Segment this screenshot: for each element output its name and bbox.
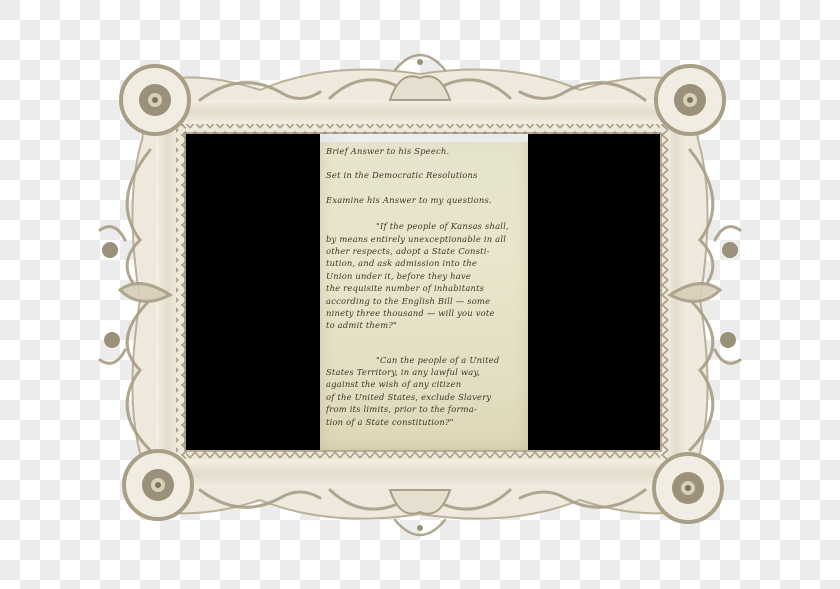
letter-line: other respects, adopt a State Consti- [326, 246, 526, 258]
handwritten-letter: Brief Answer to his Speech. Set in the D… [320, 134, 528, 450]
letter-line: Examine his Answer to my questions. [326, 195, 526, 207]
framed-letter-image: Brief Answer to his Speech. Set in the D… [0, 0, 840, 589]
letter-line: the requisite number of inhabitants [326, 283, 526, 295]
letter-line: Set in the Democratic Resolutions [326, 170, 526, 182]
letter-line: by means entirely unexceptionable in all [326, 234, 526, 246]
letter-line: ninety three thousand — will you vote [326, 308, 526, 320]
letter-line: States Territory, in any lawful way, [326, 367, 526, 379]
letter-line: against the wish of any citizen [326, 379, 526, 391]
paper-torn-edge [320, 134, 528, 142]
black-panel-right [528, 134, 660, 450]
letter-line: according to the English Bill — some [326, 296, 526, 308]
letter-text: Brief Answer to his Speech. Set in the D… [326, 146, 526, 429]
letter-line: Union under it, before they have [326, 271, 526, 283]
letter-line: Brief Answer to his Speech. [326, 146, 526, 158]
letter-line: tution, and ask admission into the [326, 258, 526, 270]
black-panel-left [186, 134, 320, 450]
letter-line: of the United States, exclude Slavery [326, 392, 526, 404]
letter-line: to admit them?" [326, 320, 526, 332]
letter-line: tion of a State constitution?" [326, 417, 526, 429]
letter-line: "If the people of Kansas shall, [326, 221, 526, 233]
letter-line: from its limits, prior to the forma- [326, 404, 526, 416]
letter-line: "Can the people of a United [326, 355, 526, 367]
